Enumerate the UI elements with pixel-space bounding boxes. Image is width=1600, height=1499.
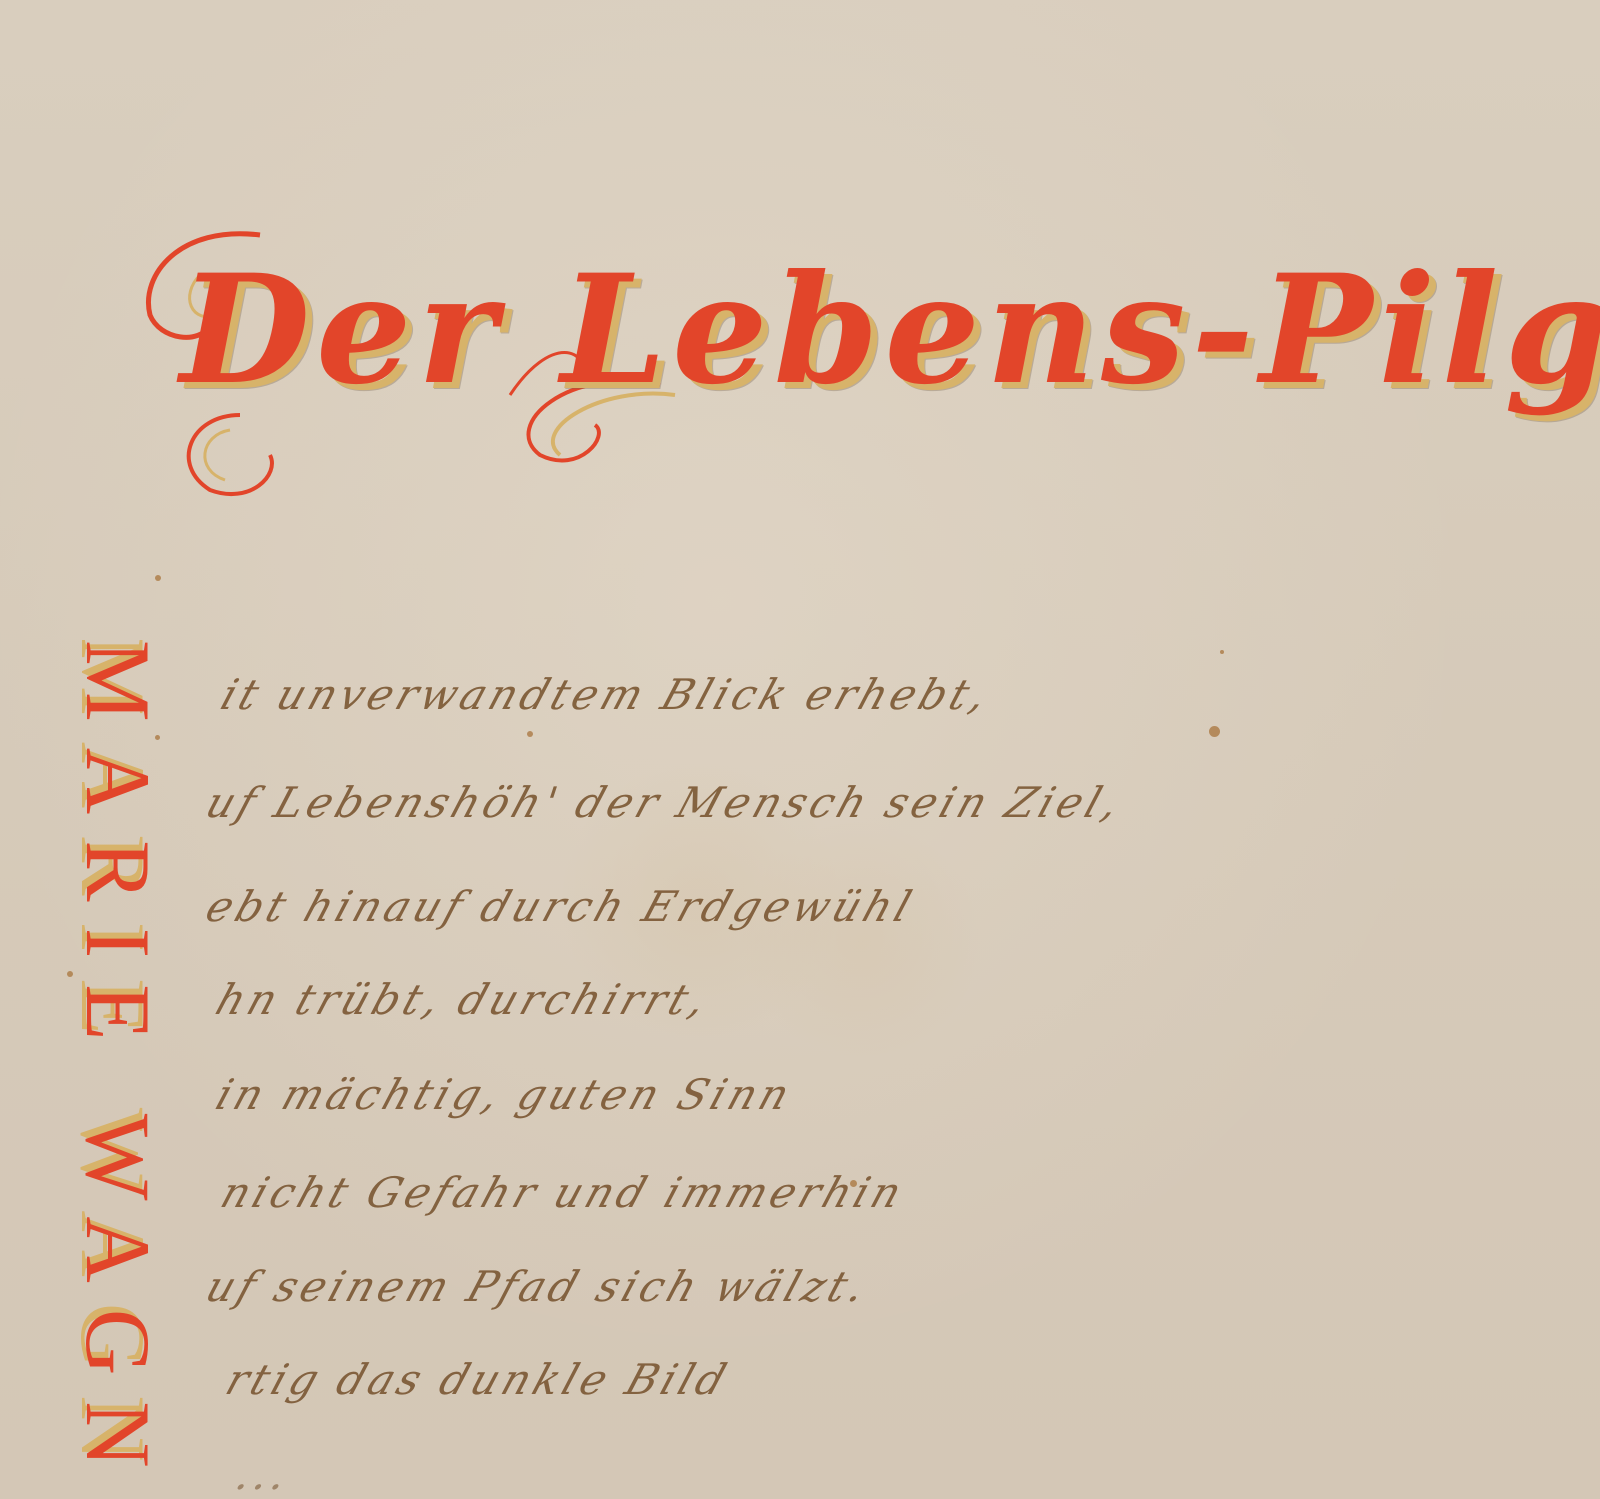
vertical-name-banner: MARIE WAGN: [78, 640, 168, 1499]
paper-speck: [1209, 726, 1220, 737]
poem-line: ...: [230, 1450, 298, 1499]
manuscript-page: Der Lebens-Pilger. MARIE WAGN it unverwa…: [0, 0, 1600, 1499]
manuscript-title: Der Lebens-Pilger.: [140, 215, 1400, 505]
poem-line: rtig das dunkle Bild: [220, 1355, 736, 1404]
poem-line: in mächtig, guten Sinn: [210, 1070, 799, 1119]
poem-line: ebt hinauf durch Erdgewühl: [200, 882, 921, 931]
poem-line: nicht Gefahr und immerhin: [215, 1168, 912, 1217]
vertical-name-text: MARIE WAGN: [78, 640, 164, 1494]
poem-line: hn trübt, durchirrt,: [210, 975, 716, 1024]
paper-speck: [67, 971, 73, 977]
poem-line: uf seinem Pfad sich wälzt.: [200, 1262, 876, 1311]
poem-line: uf Lebenshöh' der Mensch sein Ziel,: [200, 778, 1129, 827]
title-text: Der Lebens-Pilger.: [180, 255, 1600, 405]
paper-speck: [1220, 650, 1224, 654]
paper-speck: [527, 731, 533, 737]
poem-line: it unverwandtem Blick erhebt,: [215, 670, 997, 719]
paper-speck: [155, 575, 161, 581]
